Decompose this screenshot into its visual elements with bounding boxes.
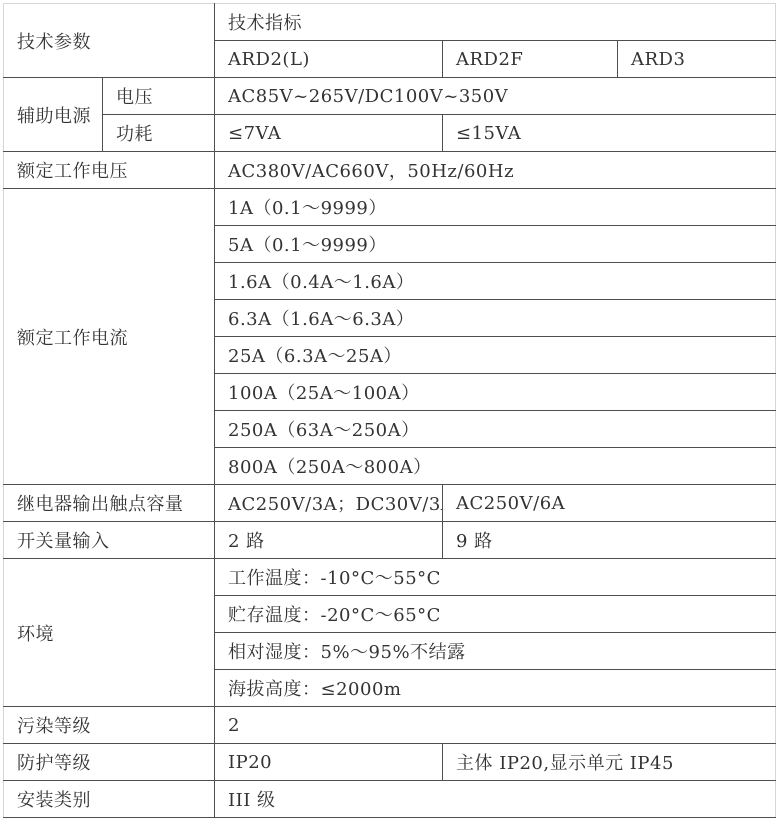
cell-relay-output-ard2: AC250V/3A；DC30V/3A: [215, 485, 443, 522]
table-row: 环境 工作温度：-10°C～55°C: [4, 559, 776, 596]
table-row: 安装类别 III 级: [4, 781, 776, 818]
cell-model-ard3: ARD3: [618, 41, 776, 78]
cell-environment-0: 工作温度：-10°C～55°C: [215, 559, 776, 596]
cell-consumption-label: 功耗: [103, 115, 215, 152]
cell-rated-current-1: 5A（0.1～9999）: [215, 226, 776, 263]
cell-environment-3: 海拔高度：≤2000m: [215, 670, 776, 707]
cell-rated-current-2: 1.6A（0.4A～1.6A）: [215, 263, 776, 300]
spec-table: 技术参数 技术指标 ARD2(L) ARD2F ARD3 辅助电源 电压 AC8…: [3, 3, 776, 818]
cell-pollution-value: 2: [215, 707, 776, 744]
cell-tech-indicators-label: 技术指标: [215, 4, 776, 41]
cell-protection-label: 防护等级: [4, 744, 215, 781]
cell-switch-input-label: 开关量输入: [4, 522, 215, 559]
cell-rated-current-0: 1A（0.1～9999）: [215, 189, 776, 226]
cell-voltage-label: 电压: [103, 78, 215, 115]
cell-installation-value: III 级: [215, 781, 776, 818]
cell-model-ard2l: ARD2(L): [215, 41, 443, 78]
cell-rated-voltage-value: AC380V/AC660V，50Hz/60Hz: [215, 152, 776, 189]
cell-voltage-value: AC85V~265V/DC100V~350V: [215, 78, 776, 115]
cell-rated-voltage-label: 额定工作电压: [4, 152, 215, 189]
cell-installation-label: 安装类别: [4, 781, 215, 818]
cell-rated-current-label: 额定工作电流: [4, 189, 215, 485]
cell-relay-output-label: 继电器输出触点容量: [4, 485, 215, 522]
cell-rated-current-3: 6.3A（1.6A～6.3A）: [215, 300, 776, 337]
cell-rated-current-5: 100A（25A～100A）: [215, 374, 776, 411]
cell-consumption-ard2: ≤7VA: [215, 115, 443, 152]
cell-environment-2: 相对湿度：5%～95%不结露: [215, 633, 776, 670]
cell-rated-current-4: 25A（6.3A～25A）: [215, 337, 776, 374]
cell-environment-label: 环境: [4, 559, 215, 707]
table-row: 技术参数 技术指标: [4, 4, 776, 41]
cell-switch-input-ard2: 2 路: [215, 522, 443, 559]
cell-relay-output-ard2f-ard3: AC250V/6A: [443, 485, 776, 522]
cell-model-ard2f: ARD2F: [443, 41, 618, 78]
table-row: 开关量输入 2 路 9 路: [4, 522, 776, 559]
cell-rated-current-7: 800A（250A～800A）: [215, 448, 776, 485]
cell-tech-params-label: 技术参数: [4, 4, 215, 78]
table-row: 额定工作电流 1A（0.1～9999）: [4, 189, 776, 226]
table-row: 辅助电源 电压 AC85V~265V/DC100V~350V: [4, 78, 776, 115]
cell-switch-input-ard2f-ard3: 9 路: [443, 522, 776, 559]
table-row: 污染等级 2: [4, 707, 776, 744]
cell-protection-ard2: IP20: [215, 744, 443, 781]
cell-aux-power-label: 辅助电源: [4, 78, 103, 152]
cell-rated-current-6: 250A（63A～250A）: [215, 411, 776, 448]
cell-pollution-label: 污染等级: [4, 707, 215, 744]
table-row: 防护等级 IP20 主体 IP20,显示单元 IP45: [4, 744, 776, 781]
table-row: 功耗 ≤7VA ≤15VA: [4, 115, 776, 152]
table-row: 额定工作电压 AC380V/AC660V，50Hz/60Hz: [4, 152, 776, 189]
cell-environment-1: 贮存温度：-20°C～65°C: [215, 596, 776, 633]
cell-protection-ard2f-ard3: 主体 IP20,显示单元 IP45: [443, 744, 776, 781]
cell-consumption-ard2f-ard3: ≤15VA: [443, 115, 776, 152]
table-row: 继电器输出触点容量 AC250V/3A；DC30V/3A AC250V/6A: [4, 485, 776, 522]
